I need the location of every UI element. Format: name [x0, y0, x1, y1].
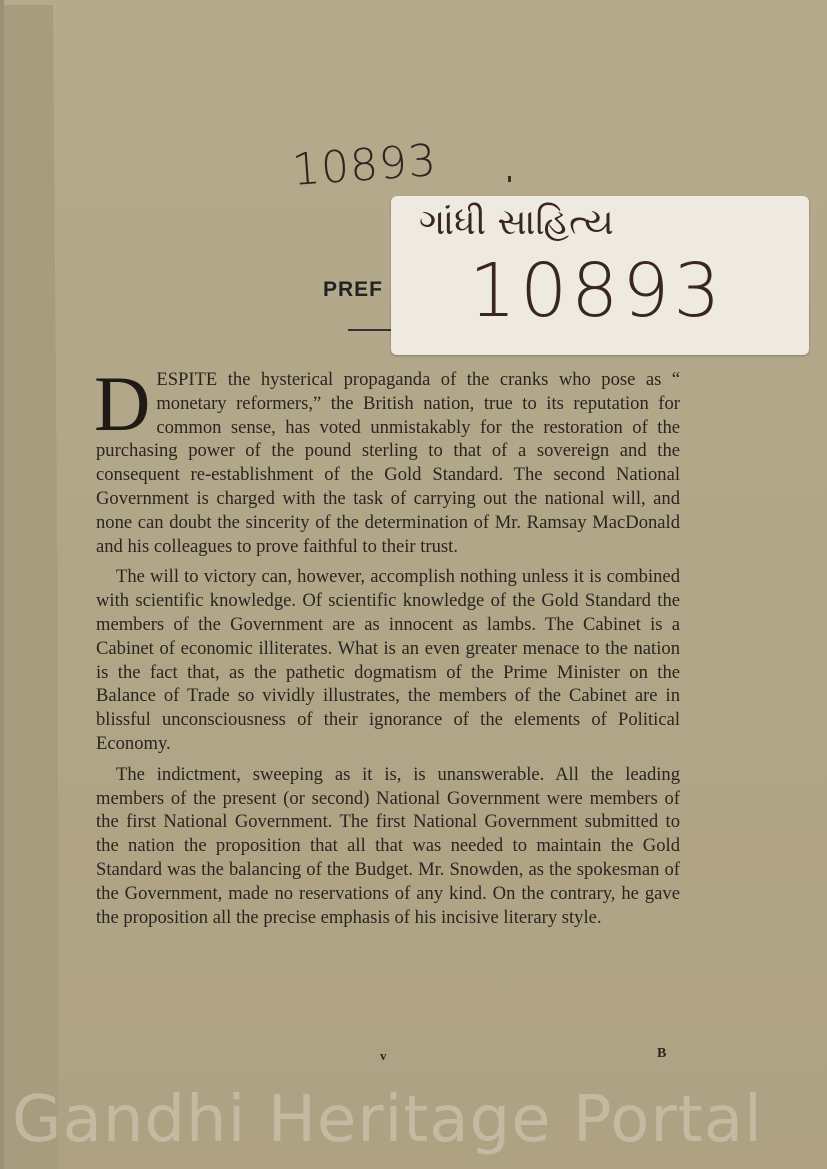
- page-edge: [0, 0, 4, 1169]
- paragraph-2: The will to victory can, however, accomp…: [96, 565, 680, 755]
- pencil-mark: [508, 176, 511, 182]
- page-title: PREF: [323, 278, 383, 302]
- paragraph-3: The indictment, sweeping as it is, is un…: [96, 763, 680, 930]
- signature-mark: B: [657, 1046, 666, 1062]
- paragraph-1-text: ESPITE the hysterical propaganda of the …: [96, 369, 680, 557]
- paragraph-1: DESPITE the hysterical propaganda of the…: [96, 368, 680, 558]
- drop-cap: D: [94, 372, 150, 436]
- library-label-sticker: ગાંધી સાહિત્ય 10893: [391, 196, 809, 355]
- sticker-accession-number: 10893: [469, 248, 724, 334]
- binding-spine: [0, 5, 58, 1169]
- title-divider: [348, 329, 396, 331]
- sticker-collection-name: ગાંધી સાહિત્ય: [419, 202, 614, 244]
- scanned-page: 10893 PREF ગાંધી સાહિત્ય 10893 DESPITE t…: [0, 0, 827, 1169]
- handwritten-accession-number: 10893: [290, 135, 438, 196]
- watermark: Gandhi Heritage Portal: [12, 1083, 763, 1157]
- page-numeral: v: [380, 1048, 387, 1064]
- body-text: DESPITE the hysterical propaganda of the…: [96, 368, 680, 936]
